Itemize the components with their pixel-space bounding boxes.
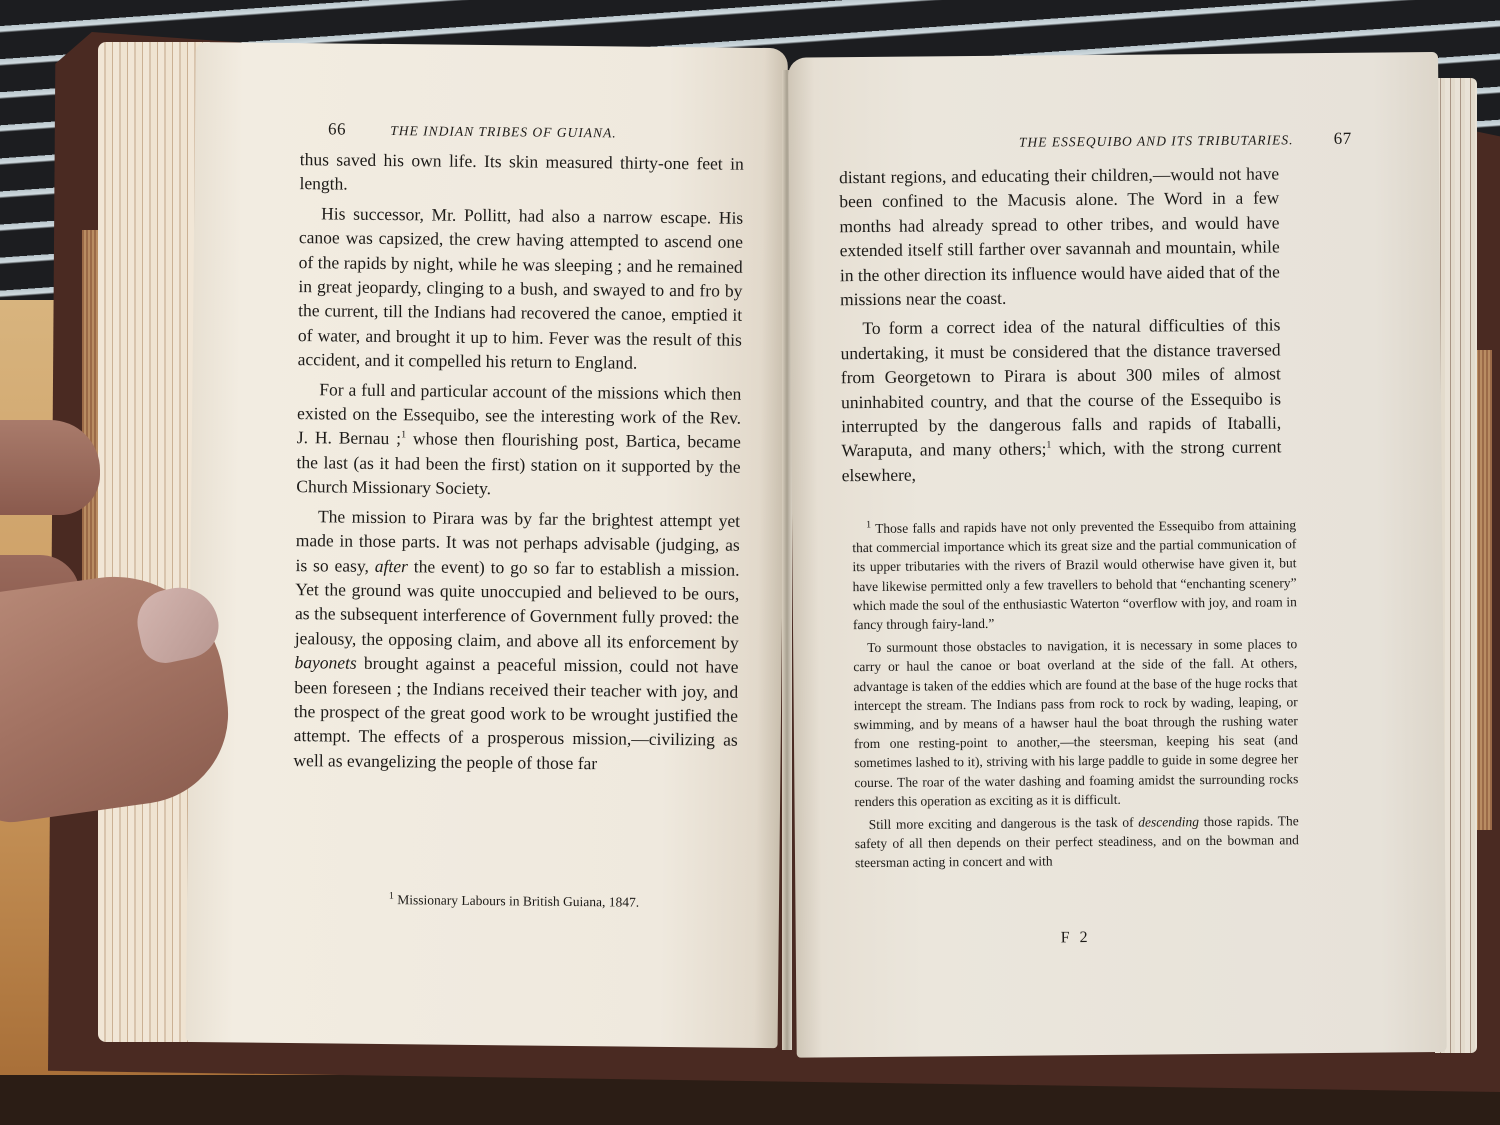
paragraph: thus saved his own life. Its skin measur…: [299, 147, 743, 200]
footnote-marker: 1: [389, 891, 394, 902]
footnote-text: Missionary Labours in British Guiana, 18…: [397, 892, 639, 910]
footnote-paragraph: To surmount those obstacles to navigatio…: [853, 634, 1298, 811]
italic-emphasis: bayonets: [294, 652, 356, 673]
italic-emphasis: descending: [1138, 814, 1199, 830]
footnote-paragraph: Still more exciting and dangerous is the…: [855, 811, 1299, 872]
left-running-head: 66 THE INDIAN TRIBES OF GUIANA.: [328, 119, 748, 143]
right-body-text: distant regions, and educating their chi…: [839, 161, 1282, 492]
left-body-text: thus saved his own life. Its skin measur…: [293, 147, 744, 782]
right-page-number: 67: [1334, 129, 1352, 148]
left-page: 66 THE INDIAN TRIBES OF GUIANA. thus sav…: [186, 42, 788, 1048]
paragraph: To form a correct idea of the natural di…: [840, 313, 1281, 488]
paragraph: His successor, Mr. Pollitt, had also a n…: [298, 201, 744, 376]
signature-mark: F 2: [1061, 929, 1091, 947]
paragraph: distant regions, and educating their chi…: [839, 161, 1280, 311]
paragraph: For a full and particular account of the…: [296, 377, 741, 504]
right-page: THE ESSEQUIBO AND ITS TRIBUTARIES. 67 di…: [788, 52, 1447, 1058]
right-footnote: 1 Those falls and rapids have not only p…: [852, 515, 1299, 877]
left-running-title: THE INDIAN TRIBES OF GUIANA.: [390, 123, 617, 140]
left-footnote: 1 Missionary Labours in British Guiana, …: [292, 889, 736, 913]
left-page-number: 66: [328, 119, 346, 138]
footnote-paragraph: 1 Those falls and rapids have not only p…: [852, 515, 1297, 634]
paragraph: The mission to Pirara was by far the bri…: [293, 504, 740, 777]
right-running-head: THE ESSEQUIBO AND ITS TRIBUTARIES. 67: [892, 129, 1352, 153]
right-running-title: THE ESSEQUIBO AND ITS TRIBUTARIES.: [1019, 132, 1294, 149]
hand-finger-upper: [0, 420, 100, 515]
italic-emphasis: after: [375, 555, 408, 575]
